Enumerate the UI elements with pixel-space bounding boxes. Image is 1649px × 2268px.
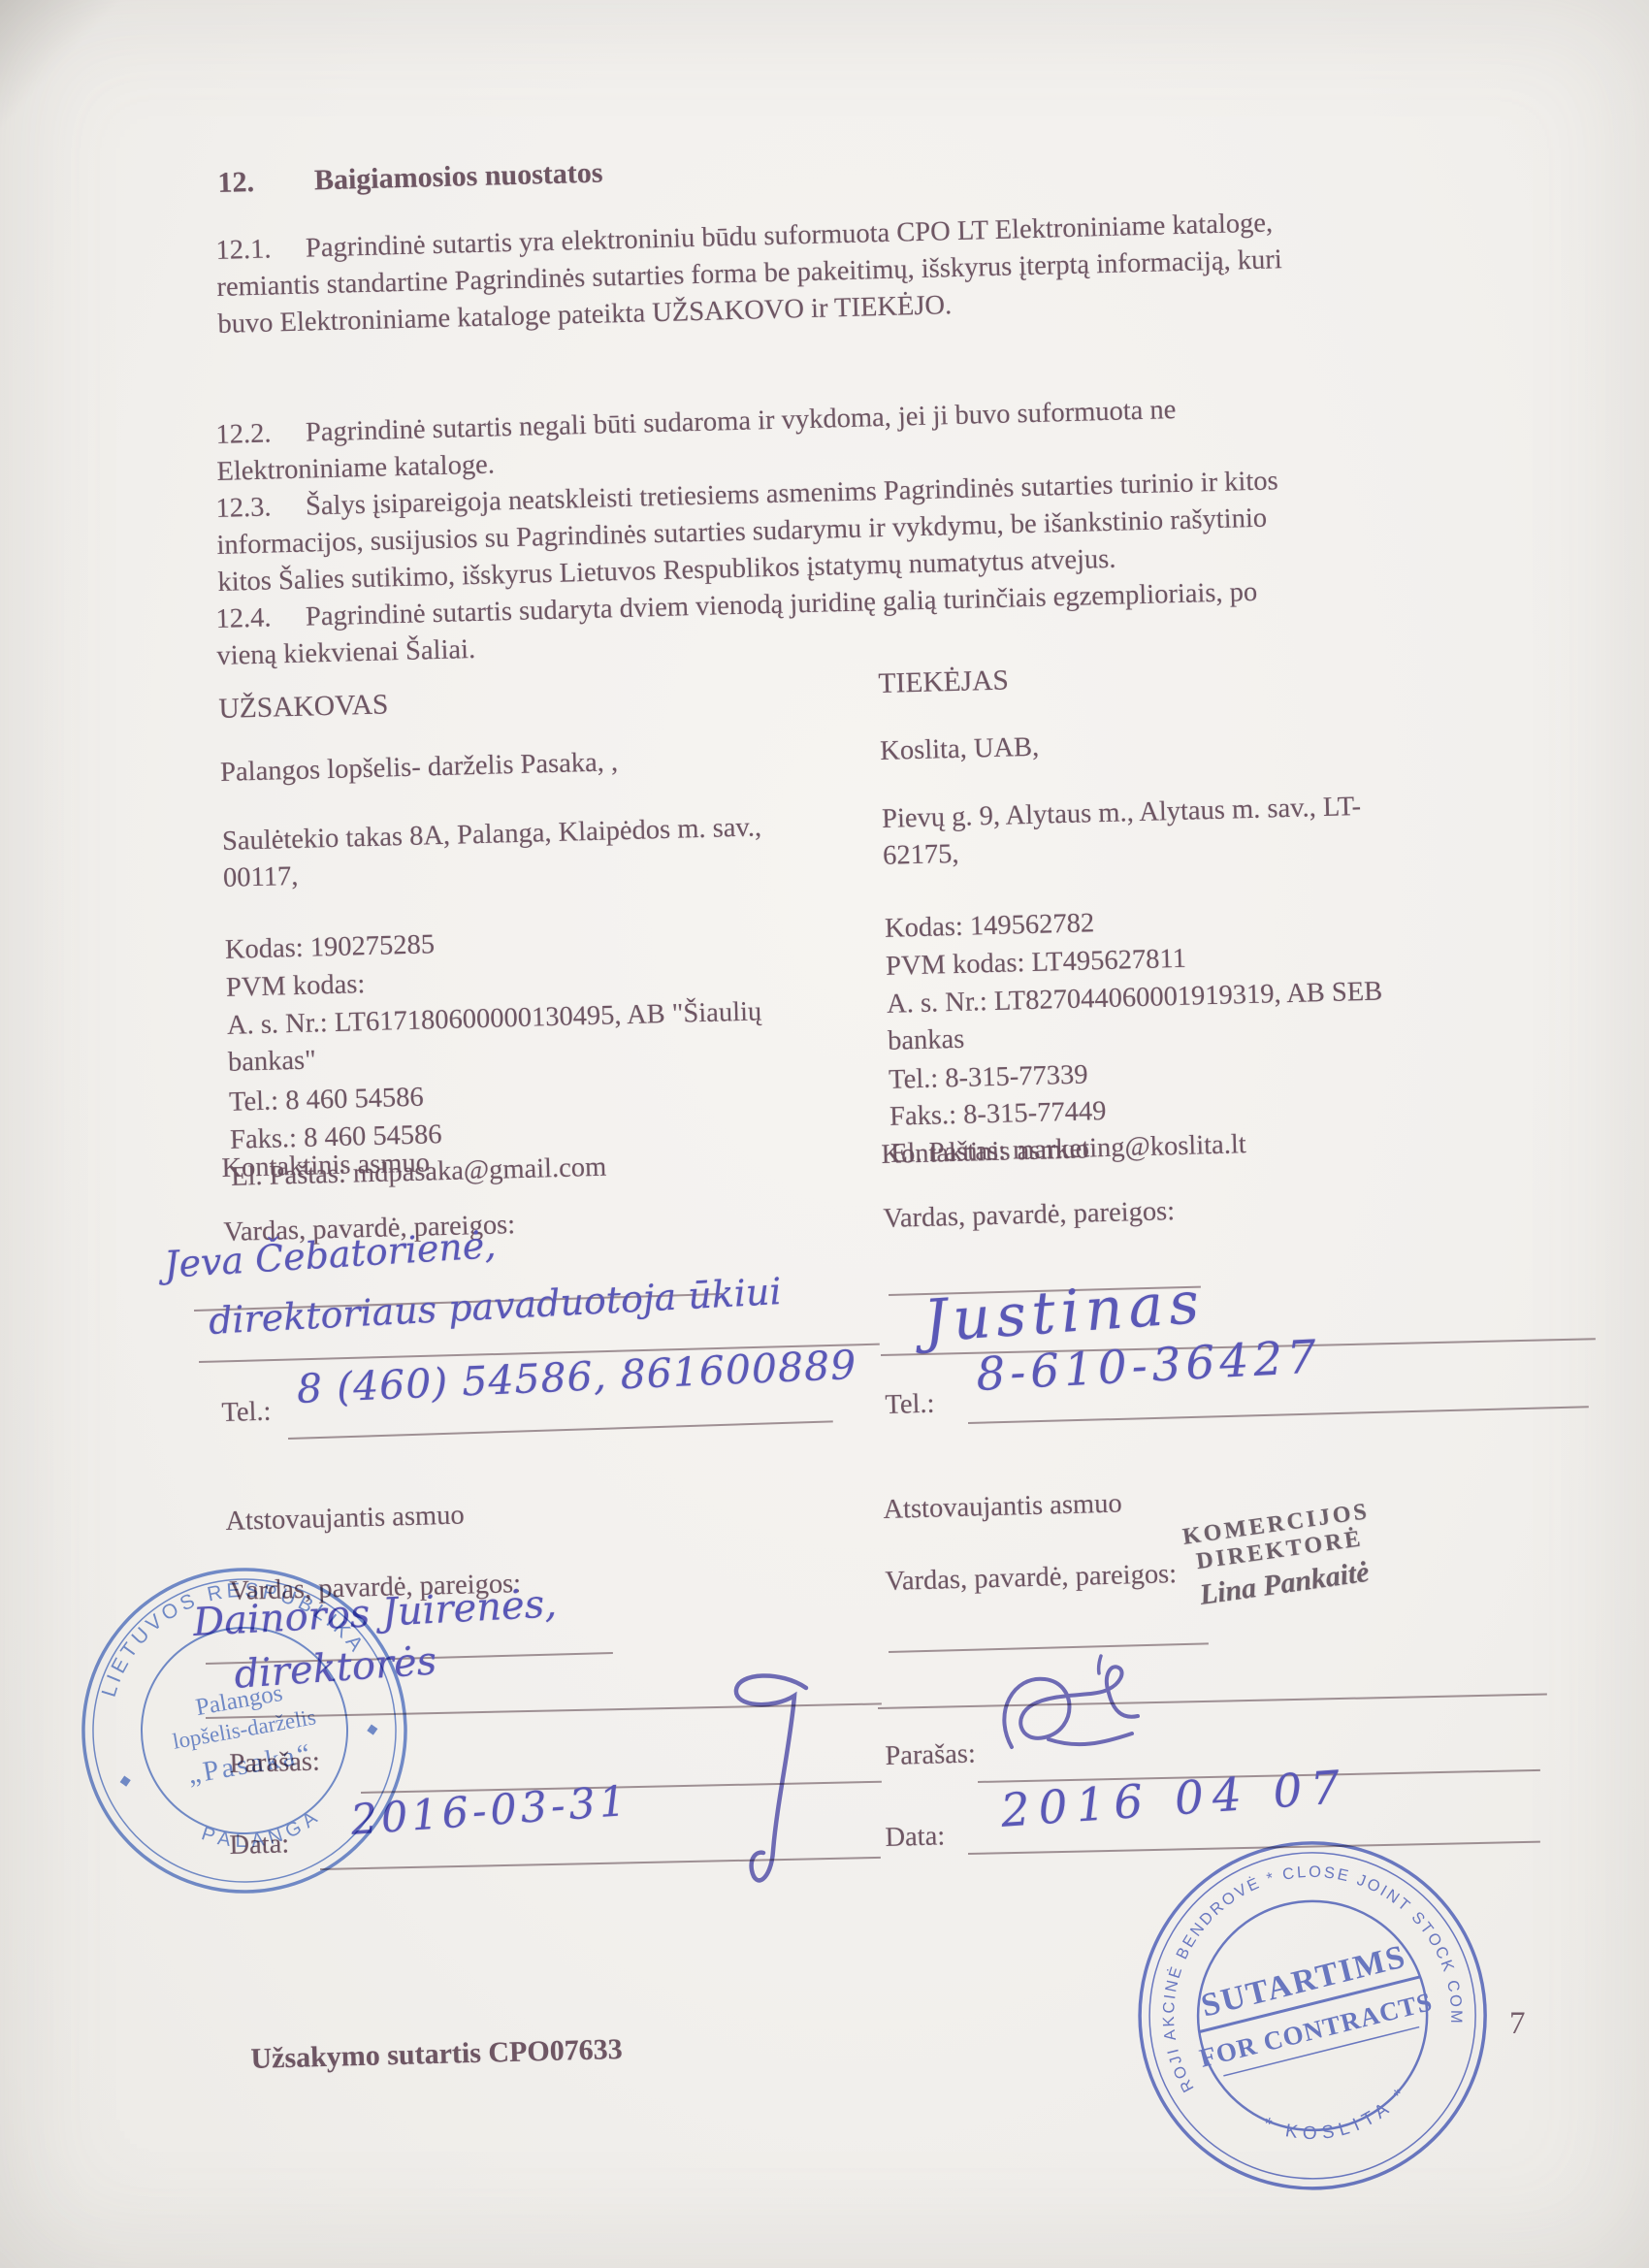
supplier-date-label: Data: — [885, 1818, 946, 1857]
stamp-diamond-left — [120, 1776, 131, 1787]
customer-name: Palangos lopšelis- darželis Pasaka, , — [220, 737, 873, 792]
supplier-stamp-ring-bottom: * KOSLITA * — [1256, 2079, 1420, 2160]
supplier-round-stamp: UŽDAROJI AKCINĖ BENDROVĖ * CLOSE JOINT S… — [1091, 1795, 1533, 2236]
supplier-signature-stroke — [985, 1654, 1188, 1790]
clause-12-1: 12.1. Pagrindinė sutartis yra elektronin… — [215, 199, 1508, 343]
supplier-contact-heading: Kontaktinis asmuo — [881, 1131, 1089, 1174]
supplier-role-label: TIEKĖJAS — [878, 649, 1514, 702]
supplier-name: Koslita, UAB, — [880, 717, 1516, 770]
supplier-title-stamp: KOMERCIJOS DIREKTORĖ Lina Pankaitė — [1140, 1493, 1421, 1619]
supplier-contact-tel-line — [968, 1406, 1589, 1424]
customer-representative-heading: Atstovaujantis asmuo — [225, 1498, 465, 1540]
customer-column: UŽSAKOVAS Palangos lopšelis- darželis Pa… — [218, 673, 883, 1195]
customer-role-label: UŽSAKOVAS — [218, 673, 871, 728]
supplier-signature-label: Parašas: — [885, 1736, 976, 1775]
supplier-column: TIEKĖJAS Koslita, UAB, Pievų g. 9, Alyta… — [878, 649, 1526, 1173]
supplier-representative-heading: Atstovaujantis asmuo — [883, 1486, 1122, 1529]
supplier-contact-name-label: Vardas, pavardė, pareigos: — [883, 1193, 1176, 1238]
customer-contact-heading: Kontaktinis asmuo — [221, 1145, 430, 1187]
customer-stamp-ring-bottom: PALANGA — [196, 1802, 330, 1862]
scanned-contract-page: 12.Baigiamosios nuostatos 12.1. Pagrindi… — [0, 0, 1649, 2268]
supplier-rep-short-line — [889, 1642, 1209, 1653]
supplier-address: Pievų g. 9, Alytaus m., Alytaus m. sav.,… — [882, 785, 1519, 875]
supplier-rep-long-line — [878, 1694, 1547, 1709]
section-title: Baigiamosios nuostatos — [314, 157, 603, 197]
stamp-diamond-right — [367, 1725, 377, 1735]
customer-contact-handwritten-title: direktoriaus pavaduotoja ūkiui — [208, 1270, 783, 1343]
supplier-account: A. s. Nr.: LT827044060001919319, AB SEB … — [887, 970, 1524, 1060]
supplier-contact-tel-label: Tel.: — [885, 1386, 935, 1424]
section-heading: 12.Baigiamosios nuostatos — [217, 155, 603, 202]
customer-round-stamp: LIETUVOS RESPUBLIKA PALANGA Palangos lop… — [48, 1535, 439, 1926]
customer-contact-tel-label: Tel.: — [221, 1394, 272, 1432]
section-number: 12. — [217, 166, 254, 199]
footer-reference: Užsakymo sutartis CPO07633 — [250, 2031, 623, 2078]
customer-address: Saulėtekio takas 8A, Palanga, Klaipėdos … — [222, 806, 876, 897]
customer-account: A. s. Nr.: LT617180600000130495, AB "Šia… — [227, 990, 881, 1082]
customer-signature-stroke — [713, 1667, 839, 1909]
scan-corner-shadow — [0, 0, 145, 155]
page-number: 7 — [1509, 2006, 1526, 2042]
customer-contact-tel-line — [288, 1420, 833, 1440]
supplier-rep-name-label: Vardas, pavardė, pareigos: — [885, 1556, 1178, 1601]
customer-contact-handwritten-name: Jeva Čebatorienė, — [163, 1223, 498, 1286]
supplier-stamp-ring-top: UŽDAROJI AKCINĖ BENDROVĖ * CLOSE JOINT S… — [1091, 1795, 1471, 2107]
